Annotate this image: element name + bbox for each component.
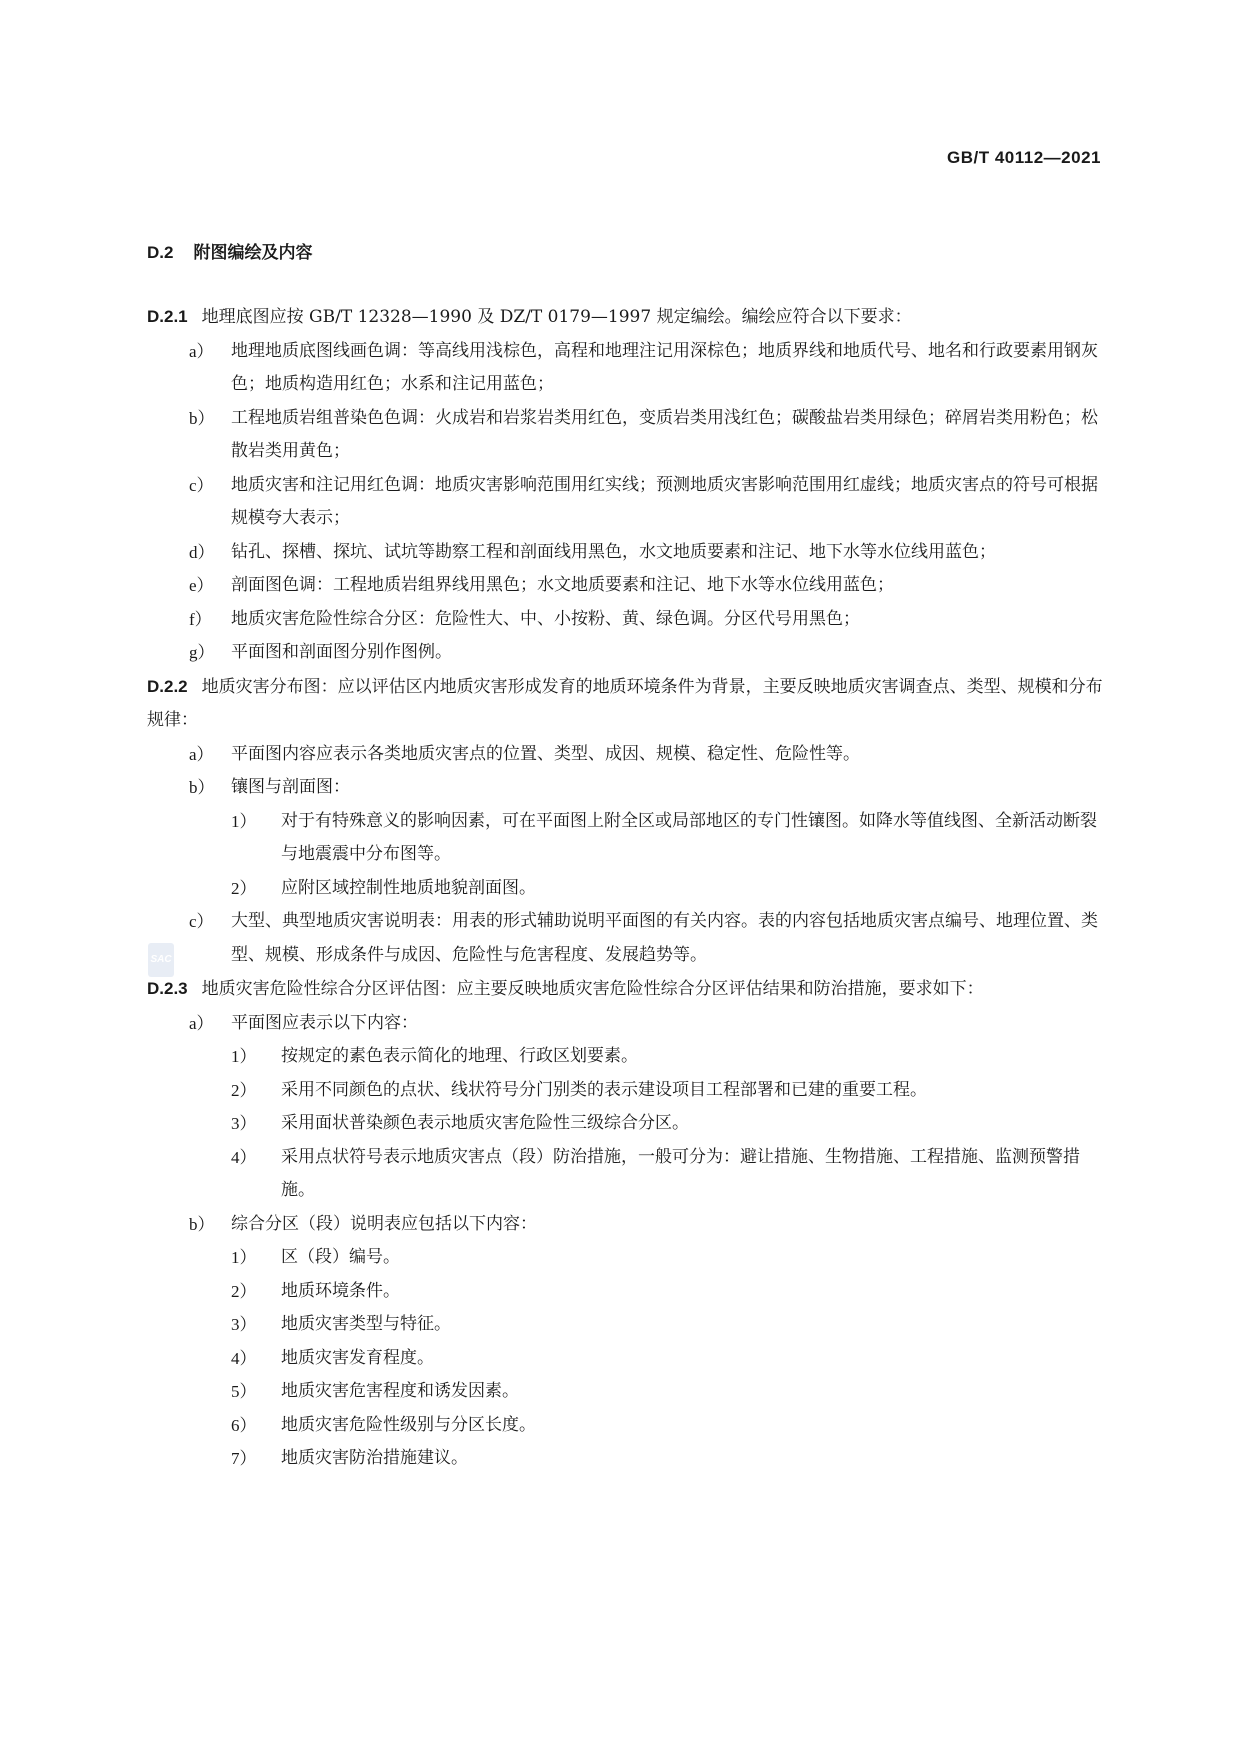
sac-watermark-logo: SAC [148,943,174,977]
item-text: 地质灾害危害程度和诱发因素。 [281,1381,519,1401]
item-label: 2） [231,1074,257,1108]
sub-list-item: 2）应附区域控制性地质地貌剖面图。 [147,872,1105,906]
item-text: 应附区域控制性地质地貌剖面图。 [281,878,536,898]
item-text: 按规定的素色表示简化的地理、行政区划要素。 [281,1046,638,1066]
item-text: 地质灾害危险性综合分区：危险性大、中、小按粉、黄、绿色调。分区代号用黑色； [231,609,860,629]
item-label: c） [189,469,214,503]
clause-number: D.2.3 [147,979,188,998]
item-text: 平面图和剖面图分别作图例。 [231,642,452,662]
item-text: 采用点状符号表示地质灾害点（段）防治措施，一般可分为：避让措施、生物措施、工程措… [281,1147,1080,1201]
item-label: 4） [231,1342,257,1376]
standard-code: GB/T 40112—2021 [947,148,1101,168]
item-text: 地质灾害和注记用红色调：地质灾害影响范围用红实线；预测地质灾害影响范围用红虚线；… [231,475,1098,529]
list-item: b）工程地质岩组普染色色调：火成岩和岩浆岩类用红色，变质岩类用浅红色；碳酸盐岩类… [147,402,1105,469]
item-text: 平面图内容应表示各类地质灾害点的位置、类型、成因、规模、稳定性、危险性等。 [231,744,860,764]
sub-list-item: 2）地质环境条件。 [147,1275,1105,1309]
list-item: b）综合分区（段）说明表应包括以下内容： [147,1208,1105,1242]
sub-list-item: 1）区（段）编号。 [147,1241,1105,1275]
sub-list-item: 7）地质灾害防治措施建议。 [147,1442,1105,1476]
item-text: 钻孔、探槽、探坑、试坑等勘察工程和剖面线用黑色，水文地质要素和注记、地下水等水位… [231,542,996,562]
section-number: D.2 [147,243,173,262]
item-text: 区（段）编号。 [281,1247,400,1267]
sub-list-item: 6）地质灾害危险性级别与分区长度。 [147,1409,1105,1443]
sub-list-item: 1）按规定的素色表示简化的地理、行政区划要素。 [147,1040,1105,1074]
item-label: c） [189,905,214,939]
list-item: e）剖面图色调：工程地质岩组界线用黑色；水文地质要素和注记、地下水等水位线用蓝色… [147,569,1105,603]
clause-text: 地理底图应按 GB/T 12328—1990 及 DZ/T 0179—1997 … [202,307,912,327]
item-text: 地质灾害危险性级别与分区长度。 [281,1415,536,1435]
item-text: 对于有特殊意义的影响因素，可在平面图上附全区或局部地区的专门性镶图。如降水等值线… [281,811,1097,865]
document-body: D.2.1地理底图应按 GB/T 12328—1990 及 DZ/T 0179—… [147,300,1105,1476]
sub-list-item: 5）地质灾害危害程度和诱发因素。 [147,1375,1105,1409]
clause-d-2-1: D.2.1地理底图应按 GB/T 12328—1990 及 DZ/T 0179—… [147,300,1105,335]
item-text: 剖面图色调：工程地质岩组界线用黑色；水文地质要素和注记、地下水等水位线用蓝色； [231,575,894,595]
item-label: d） [189,536,215,570]
item-text: 地质灾害发育程度。 [281,1348,434,1368]
list-item: a）平面图内容应表示各类地质灾害点的位置、类型、成因、规模、稳定性、危险性等。 [147,738,1105,772]
item-label: f） [189,603,212,637]
list-item: a）地理地质底图线画色调：等高线用浅棕色，高程和地理注记用深棕色；地质界线和地质… [147,335,1105,402]
section-title: 附图编绘及内容 [193,243,312,263]
item-label: 1） [231,805,257,839]
item-text: 采用面状普染颜色表示地质灾害危险性三级综合分区。 [281,1113,689,1133]
item-label: b） [189,1208,215,1242]
item-text: 采用不同颜色的点状、线状符号分门别类的表示建设项目工程部署和已建的重要工程。 [281,1080,927,1100]
item-label: a） [189,335,214,369]
sub-list-item: 2）采用不同颜色的点状、线状符号分门别类的表示建设项目工程部署和已建的重要工程。 [147,1074,1105,1108]
item-text: 地质环境条件。 [281,1281,400,1301]
clause-text: 地质灾害危险性综合分区评估图：应主要反映地质灾害危险性综合分区评估结果和防治措施… [202,979,984,999]
item-label: e） [189,569,214,603]
item-label: b） [189,402,215,436]
item-text: 工程地质岩组普染色色调：火成岩和岩浆岩类用红色，变质岩类用浅红色；碳酸盐岩类用绿… [231,408,1098,462]
list-item: f）地质灾害危险性综合分区：危险性大、中、小按粉、黄、绿色调。分区代号用黑色； [147,603,1105,637]
clause-text: 地质灾害分布图：应以评估区内地质灾害形成发育的地质环境条件为背景，主要反映地质灾… [147,677,1103,731]
item-label: 3） [231,1107,257,1141]
sub-list-item: 4）采用点状符号表示地质灾害点（段）防治措施，一般可分为：避让措施、生物措施、工… [147,1141,1105,1208]
item-label: 1） [231,1040,257,1074]
item-label: 1） [231,1241,257,1275]
list-item: c）大型、典型地质灾害说明表：用表的形式辅助说明平面图的有关内容。表的内容包括地… [147,905,1105,972]
section-heading: D.2附图编绘及内容 [147,238,312,263]
list-item: a）平面图应表示以下内容： [147,1007,1105,1041]
item-text: 大型、典型地质灾害说明表：用表的形式辅助说明平面图的有关内容。表的内容包括地质灾… [231,911,1098,965]
clause-number: D.2.2 [147,677,188,696]
item-label: 4） [231,1141,257,1175]
list-item: c）地质灾害和注记用红色调：地质灾害影响范围用红实线；预测地质灾害影响范围用红虚… [147,469,1105,536]
item-text: 镶图与剖面图： [231,777,350,797]
sub-list-item: 3）采用面状普染颜色表示地质灾害危险性三级综合分区。 [147,1107,1105,1141]
item-text: 地质灾害防治措施建议。 [281,1448,468,1468]
item-label: a） [189,738,214,772]
sub-list-item: 4）地质灾害发育程度。 [147,1342,1105,1376]
list-item: d）钻孔、探槽、探坑、试坑等勘察工程和剖面线用黑色，水文地质要素和注记、地下水等… [147,536,1105,570]
item-label: a） [189,1007,214,1041]
item-text: 地质灾害类型与特征。 [281,1314,451,1334]
item-label: g） [189,636,215,670]
item-label: 3） [231,1308,257,1342]
sub-list-item: 3）地质灾害类型与特征。 [147,1308,1105,1342]
item-label: 2） [231,872,257,906]
item-text: 地理地质底图线画色调：等高线用浅棕色，高程和地理注记用深棕色；地质界线和地质代号… [231,341,1098,395]
clause-d-2-2: D.2.2地质灾害分布图：应以评估区内地质灾害形成发育的地质环境条件为背景，主要… [147,670,1105,738]
item-label: b） [189,771,215,805]
clause-number: D.2.1 [147,307,188,326]
item-label: 5） [231,1375,257,1409]
list-item: g）平面图和剖面图分别作图例。 [147,636,1105,670]
item-label: 2） [231,1275,257,1309]
item-label: 7） [231,1442,257,1476]
list-item: b）镶图与剖面图： [147,771,1105,805]
item-label: 6） [231,1409,257,1443]
clause-d-2-3: D.2.3地质灾害危险性综合分区评估图：应主要反映地质灾害危险性综合分区评估结果… [147,972,1105,1007]
sub-list-item: 1）对于有特殊意义的影响因素，可在平面图上附全区或局部地区的专门性镶图。如降水等… [147,805,1105,872]
item-text: 综合分区（段）说明表应包括以下内容： [231,1214,537,1234]
item-text: 平面图应表示以下内容： [231,1013,418,1033]
